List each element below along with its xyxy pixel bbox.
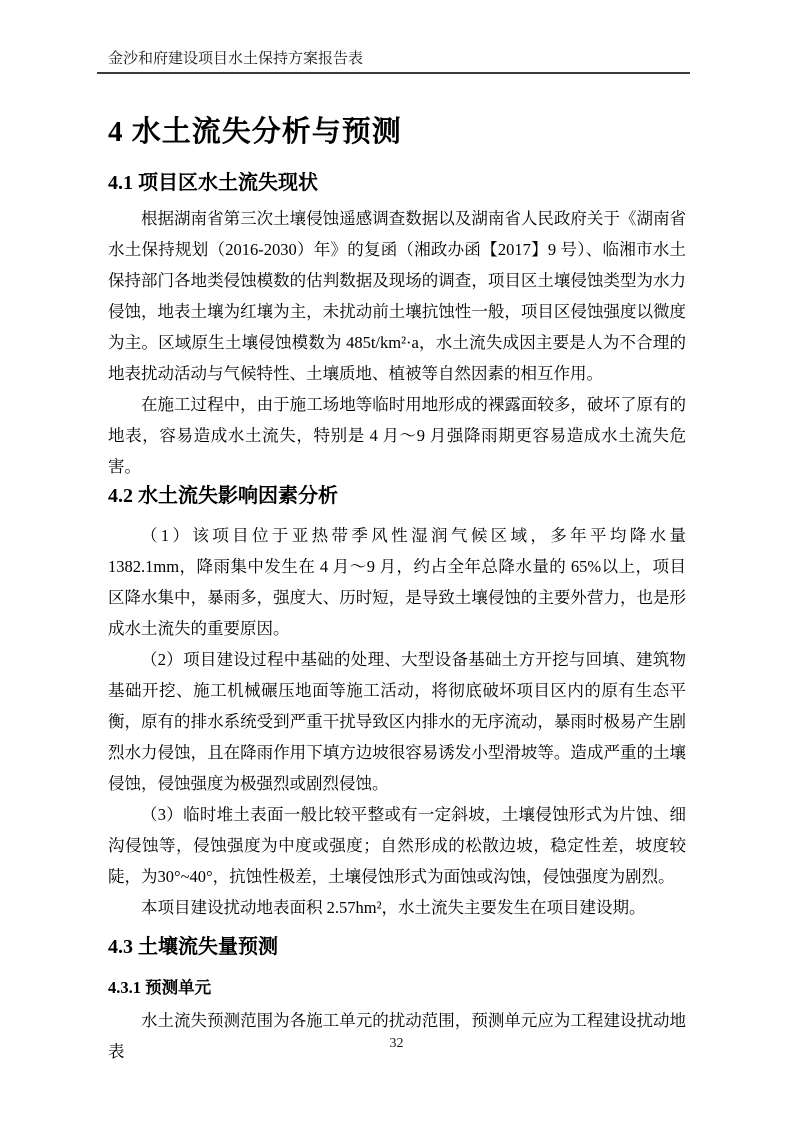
page-header: 金沙和府建设项目水土保持方案报告表 bbox=[97, 50, 690, 74]
document-body: 4 水土流失分析与预测 4.1 项目区水土流失现状 根据湖南省第三次土壤侵蚀遥感… bbox=[108, 100, 686, 1067]
header-title: 金沙和府建设项目水土保持方案报告表 bbox=[108, 50, 690, 68]
paragraph: （2）项目建设过程中基础的处理、大型设备基础土方开挖与回填、建筑物基础开挖、施工… bbox=[108, 644, 686, 799]
section-heading-4-2: 4.2 水土流失影响因素分析 bbox=[108, 482, 686, 510]
section-heading-4-3: 4.3 土壤流失量预测 bbox=[108, 933, 686, 961]
paragraph: 本项目建设扰动地表面积 2.57hm²，水土流失主要发生在项目建设期。 bbox=[108, 892, 686, 923]
document-page: 金沙和府建设项目水土保持方案报告表 4 水土流失分析与预测 4.1 项目区水土流… bbox=[0, 0, 793, 1122]
paragraph: 根据湖南省第三次土壤侵蚀遥感调查数据以及湖南省人民政府关于《湖南省水土保持规划（… bbox=[108, 203, 686, 389]
paragraph: （3）临时堆土表面一般比较平整或有一定斜坡，土壤侵蚀形式为片蚀、细沟侵蚀等，侵蚀… bbox=[108, 799, 686, 892]
paragraph: 在施工过程中，由于施工场地等临时用地形成的裸露面较多，破坏了原有的地表，容易造成… bbox=[108, 389, 686, 482]
paragraph: （1）该项目位于亚热带季风性湿润气候区域，多年平均降水量 1382.1mm，降雨… bbox=[108, 520, 686, 644]
subsection-heading-4-3-1: 4.3.1 预测单元 bbox=[108, 976, 686, 1000]
section-heading-4-1: 4.1 项目区水土流失现状 bbox=[108, 169, 686, 197]
page-number: 32 bbox=[390, 1036, 404, 1051]
page-footer: 32 bbox=[0, 1036, 793, 1052]
chapter-title: 4 水土流失分析与预测 bbox=[108, 112, 686, 152]
